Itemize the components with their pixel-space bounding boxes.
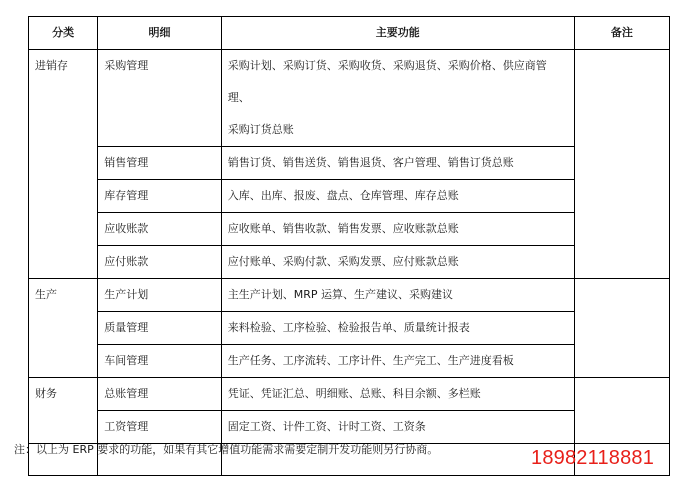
category-cell: 财务: [29, 378, 98, 444]
detail-cell: 销售管理: [98, 147, 221, 180]
functions-cell: 凭证、凭证汇总、明细账、总账、科目余额、多栏账: [221, 378, 574, 411]
functions-line-2: 采购订货总账: [228, 123, 294, 136]
table-row: 财务 总账管理 凭证、凭证汇总、明细账、总账、科目余额、多栏账: [29, 378, 670, 411]
detail-cell: 车间管理: [98, 345, 221, 378]
detail-cell: 工资管理: [98, 411, 221, 444]
table-row: 质量管理 来料检验、工序检验、检验报告单、质量统计报表: [29, 312, 670, 345]
table-row: 库存管理 入库、出库、报废、盘点、仓库管理、库存总账: [29, 180, 670, 213]
contact-phone: 18982118881: [531, 447, 654, 470]
functions-cell: 主生产计划、MRP 运算、生产建议、采购建议: [221, 279, 574, 312]
header-functions: 主要功能: [221, 17, 574, 50]
functions-cell: 应付账单、采购付款、采购发票、应付账款总账: [221, 246, 574, 279]
category-cell: 生产: [29, 279, 98, 378]
detail-cell: 应收账款: [98, 213, 221, 246]
functions-line-1: 采购计划、采购订货、采购收货、采购退货、采购价格、供应商管理、: [228, 59, 547, 104]
detail-cell: 采购管理: [98, 50, 221, 147]
table-row: 销售管理 销售订货、销售送货、销售退货、客户管理、销售订货总账: [29, 147, 670, 180]
functions-cell: 应收账单、销售收款、销售发票、应收账款总账: [221, 213, 574, 246]
remarks-cell: [574, 50, 669, 279]
header-remarks: 备注: [574, 17, 669, 50]
remarks-cell: [574, 279, 669, 378]
table-header-row: 分类 明细 主要功能 备注: [29, 17, 670, 50]
footnote: 注：以上为 ERP 要求的功能，如果有其它增值功能需求需要定制开发功能则另行协商…: [14, 441, 438, 457]
detail-cell: 应付账款: [98, 246, 221, 279]
table-row: 应收账款 应收账单、销售收款、销售发票、应收账款总账: [29, 213, 670, 246]
functions-cell: 销售订货、销售送货、销售退货、客户管理、销售订货总账: [221, 147, 574, 180]
remarks-cell: [574, 378, 669, 444]
functions-cell: 来料检验、工序检验、检验报告单、质量统计报表: [221, 312, 574, 345]
functions-cell: 生产任务、工序流转、工序计件、生产完工、生产进度看板: [221, 345, 574, 378]
detail-cell: 总账管理: [98, 378, 221, 411]
detail-cell: 库存管理: [98, 180, 221, 213]
category-cell: 进销存: [29, 50, 98, 279]
detail-cell: 质量管理: [98, 312, 221, 345]
table-row: 进销存 采购管理 采购计划、采购订货、采购收货、采购退货、采购价格、供应商管理、…: [29, 50, 670, 147]
table-row: 工资管理 固定工资、计件工资、计时工资、工资条: [29, 411, 670, 444]
detail-cell: 生产计划: [98, 279, 221, 312]
header-detail: 明细: [98, 17, 221, 50]
header-category: 分类: [29, 17, 98, 50]
erp-function-table: 分类 明细 主要功能 备注 进销存 采购管理 采购计划、采购订货、采购收货、采购…: [28, 16, 670, 476]
functions-cell: 入库、出库、报废、盘点、仓库管理、库存总账: [221, 180, 574, 213]
functions-cell: 采购计划、采购订货、采购收货、采购退货、采购价格、供应商管理、采购订货总账: [221, 50, 574, 147]
functions-cell: 固定工资、计件工资、计时工资、工资条: [221, 411, 574, 444]
table-row: 应付账款 应付账单、采购付款、采购发票、应付账款总账: [29, 246, 670, 279]
table-row: 生产 生产计划 主生产计划、MRP 运算、生产建议、采购建议: [29, 279, 670, 312]
table-row: 车间管理 生产任务、工序流转、工序计件、生产完工、生产进度看板: [29, 345, 670, 378]
